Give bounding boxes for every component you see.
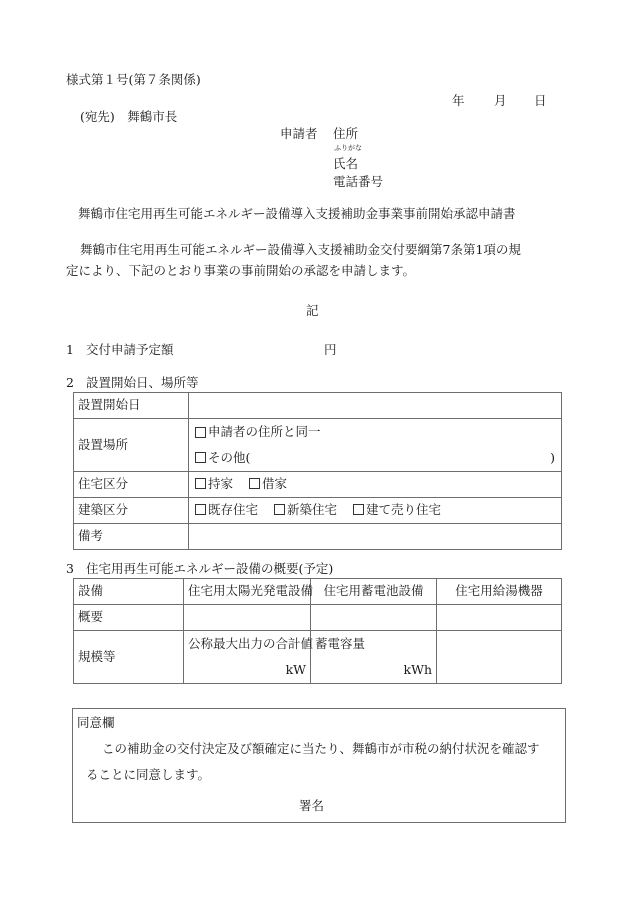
checkbox-icon[interactable] xyxy=(274,504,285,515)
remarks-field[interactable] xyxy=(189,524,562,550)
housing-option-rented[interactable]: 借家 xyxy=(249,476,287,491)
location-field: 申請者の住所と同一 その他( ) xyxy=(189,419,562,472)
installation-table: 設置開始日 設置場所 申請者の住所と同一 その他( ) 住宅区分 持家 借家 建… xyxy=(73,392,562,550)
signature-label: 署名 xyxy=(299,800,324,813)
phone-label: 電話番号 xyxy=(333,176,383,189)
battery-overview-field[interactable] xyxy=(311,605,437,631)
solar-scale-label: 公称最大出力の合計値 xyxy=(188,631,306,657)
scale-label: 規模等 xyxy=(74,631,184,684)
body-line-2: 定により、下記のとおり事業の事前開始の承認を申請します。 xyxy=(66,265,415,278)
housing-type-label: 住宅区分 xyxy=(74,472,189,498)
checkbox-icon[interactable] xyxy=(195,504,206,515)
remarks-label: 備考 xyxy=(74,524,189,550)
table-row: 設置開始日 xyxy=(74,393,562,419)
address-label: 住所 xyxy=(333,128,358,141)
water-heater-header: 住宅用給湯機器 xyxy=(437,579,562,605)
checkbox-icon[interactable] xyxy=(249,478,260,489)
section3-number: 3 xyxy=(66,563,74,576)
section2-number: 2 xyxy=(66,377,74,390)
start-date-label: 設置開始日 xyxy=(74,393,189,419)
solar-header: 住宅用太陽光発電設備 xyxy=(184,579,311,605)
battery-header: 住宅用蓄電池設備 xyxy=(311,579,437,605)
close-paren: ) xyxy=(550,452,555,465)
date-day-label: 日 xyxy=(534,95,547,108)
checkbox-icon[interactable] xyxy=(195,452,206,463)
consent-line-2: ることに同意します。 xyxy=(86,769,210,782)
building-type-field: 既存住宅 新築住宅 建て売り住宅 xyxy=(189,498,562,524)
solar-overview-field[interactable] xyxy=(184,605,311,631)
solar-scale-field[interactable]: 公称最大出力の合計値 kW xyxy=(184,631,311,684)
building-option-new[interactable]: 新築住宅 xyxy=(274,502,337,517)
section1-label: 交付申請予定額 xyxy=(86,344,174,357)
battery-scale-field[interactable]: 蓄電容量 kWh xyxy=(311,631,437,684)
date-year-label: 年 xyxy=(452,95,465,108)
consent-line-1: この補助金の交付決定及び額確定に当たり、舞鶴市が市税の納付状況を確認す xyxy=(102,743,540,756)
building-option-ready-built[interactable]: 建て売り住宅 xyxy=(353,502,441,517)
table-row: 建築区分 既存住宅 新築住宅 建て売り住宅 xyxy=(74,498,562,524)
table-row: 規模等 公称最大出力の合計値 kW 蓄電容量 kWh xyxy=(74,631,562,684)
table-row: 備考 xyxy=(74,524,562,550)
table-row: 住宅区分 持家 借家 xyxy=(74,472,562,498)
location-option-same[interactable]: 申請者の住所と同一 xyxy=(195,419,555,445)
equipment-table: 設備 住宅用太陽光発電設備 住宅用蓄電池設備 住宅用給湯機器 概要 規模等 公称… xyxy=(73,578,562,684)
location-option-other[interactable]: その他( ) xyxy=(195,445,555,471)
form-number: 様式第１号(第７条関係) xyxy=(66,74,201,87)
furigana-label: ふりがな xyxy=(334,145,362,152)
battery-unit: kWh xyxy=(315,657,432,683)
name-label: 氏名 xyxy=(333,158,358,171)
consent-title: 同意欄 xyxy=(77,717,115,730)
building-type-label: 建築区分 xyxy=(74,498,189,524)
addressee: (宛先) 舞鶴市長 xyxy=(80,111,177,124)
section1-unit: 円 xyxy=(324,344,337,357)
section2-label: 設置開始日、場所等 xyxy=(86,377,199,390)
overview-label: 概要 xyxy=(74,605,184,631)
building-option-existing[interactable]: 既存住宅 xyxy=(195,502,258,517)
checkbox-icon[interactable] xyxy=(195,427,206,438)
housing-type-field: 持家 借家 xyxy=(189,472,562,498)
equipment-header: 設備 xyxy=(74,579,184,605)
section1-number: 1 xyxy=(66,344,74,357)
water-heater-scale-field[interactable] xyxy=(437,631,562,684)
checkbox-icon[interactable] xyxy=(195,478,206,489)
checkbox-icon[interactable] xyxy=(353,504,364,515)
location-label: 設置場所 xyxy=(74,419,189,472)
start-date-field[interactable] xyxy=(189,393,562,419)
applicant-label: 申請者 xyxy=(280,128,318,141)
document-title: 舞鶴市住宅用再生可能エネルギー設備導入支援補助金事業事前開始承認申請書 xyxy=(78,208,516,221)
solar-unit: kW xyxy=(188,657,306,683)
body-line-1: 舞鶴市住宅用再生可能エネルギー設備導入支援補助金交付要綱第7条第1項の規 xyxy=(80,244,521,257)
section3-label: 住宅用再生可能エネルギー設備の概要(予定) xyxy=(86,563,333,576)
table-row: 概要 xyxy=(74,605,562,631)
table-row: 設備 住宅用太陽光発電設備 住宅用蓄電池設備 住宅用給湯機器 xyxy=(74,579,562,605)
consent-box: 同意欄 この補助金の交付決定及び額確定に当たり、舞鶴市が市税の納付状況を確認す … xyxy=(72,708,566,823)
ki-label: 記 xyxy=(306,305,319,318)
water-heater-overview-field[interactable] xyxy=(437,605,562,631)
date-month-label: 月 xyxy=(494,95,507,108)
table-row: 設置場所 申請者の住所と同一 その他( ) xyxy=(74,419,562,472)
housing-option-owned[interactable]: 持家 xyxy=(195,476,233,491)
battery-scale-label: 蓄電容量 xyxy=(315,631,432,657)
